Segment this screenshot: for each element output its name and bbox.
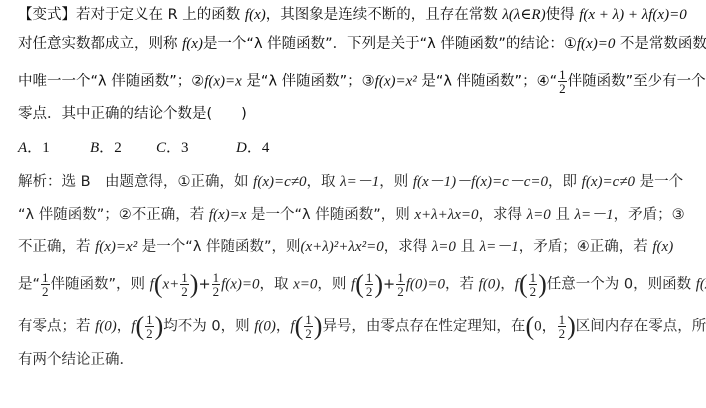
option-b[interactable]: B．2 — [90, 138, 156, 158]
option-d[interactable]: D．4 — [236, 138, 269, 158]
problem-line-1: 【变式】若对于定义在 R 上的函数 f(x)，其图象是连续不断的，且存在常数 λ… — [18, 5, 687, 25]
answer-options: A．1B．2C．3D．4 — [18, 138, 269, 158]
option-c[interactable]: C．3 — [156, 138, 236, 158]
solution-line-4: 是“12伴随函数”，则 f(x+12)+12f(x)=0，取 x=0，则 f(1… — [18, 271, 706, 298]
problem-line-3: 中唯一一个“λ 伴随函数”；②f(x)=x 是“λ 伴随函数”；③f(x)=x²… — [18, 68, 706, 95]
variant-tag: 【变式】 — [18, 7, 76, 23]
solution-line-5: 有零点；若 f(0)，f(12)均不为 0，则 f(0)，f(12)异号，由零点… — [18, 313, 706, 340]
problem-line-4: 零点．其中正确的结论个数是( ) — [18, 104, 247, 124]
fraction-half: 12 — [558, 68, 567, 95]
solution-line-2: “λ 伴随函数”；②不正确，若 f(x)=x 是一个“λ 伴随函数”，则 x+λ… — [18, 205, 685, 225]
option-a[interactable]: A．1 — [18, 138, 90, 158]
problem-line-2: 对任意实数都成立，则称 f(x)是一个“λ 伴随函数”．下列是关于“λ 伴随函数… — [18, 34, 706, 54]
solution-line-6: 有两个结论正确． — [18, 350, 134, 370]
solution-line-3: 不正确，若 f(x)=x² 是一个“λ 伴随函数”，则(x+λ)²+λx²=0，… — [18, 237, 673, 257]
solution-line-1: 解析：选 B 由题意得，①正确，如 f(x)=c≠0，取 λ=－1，则 f(x－… — [18, 172, 683, 192]
